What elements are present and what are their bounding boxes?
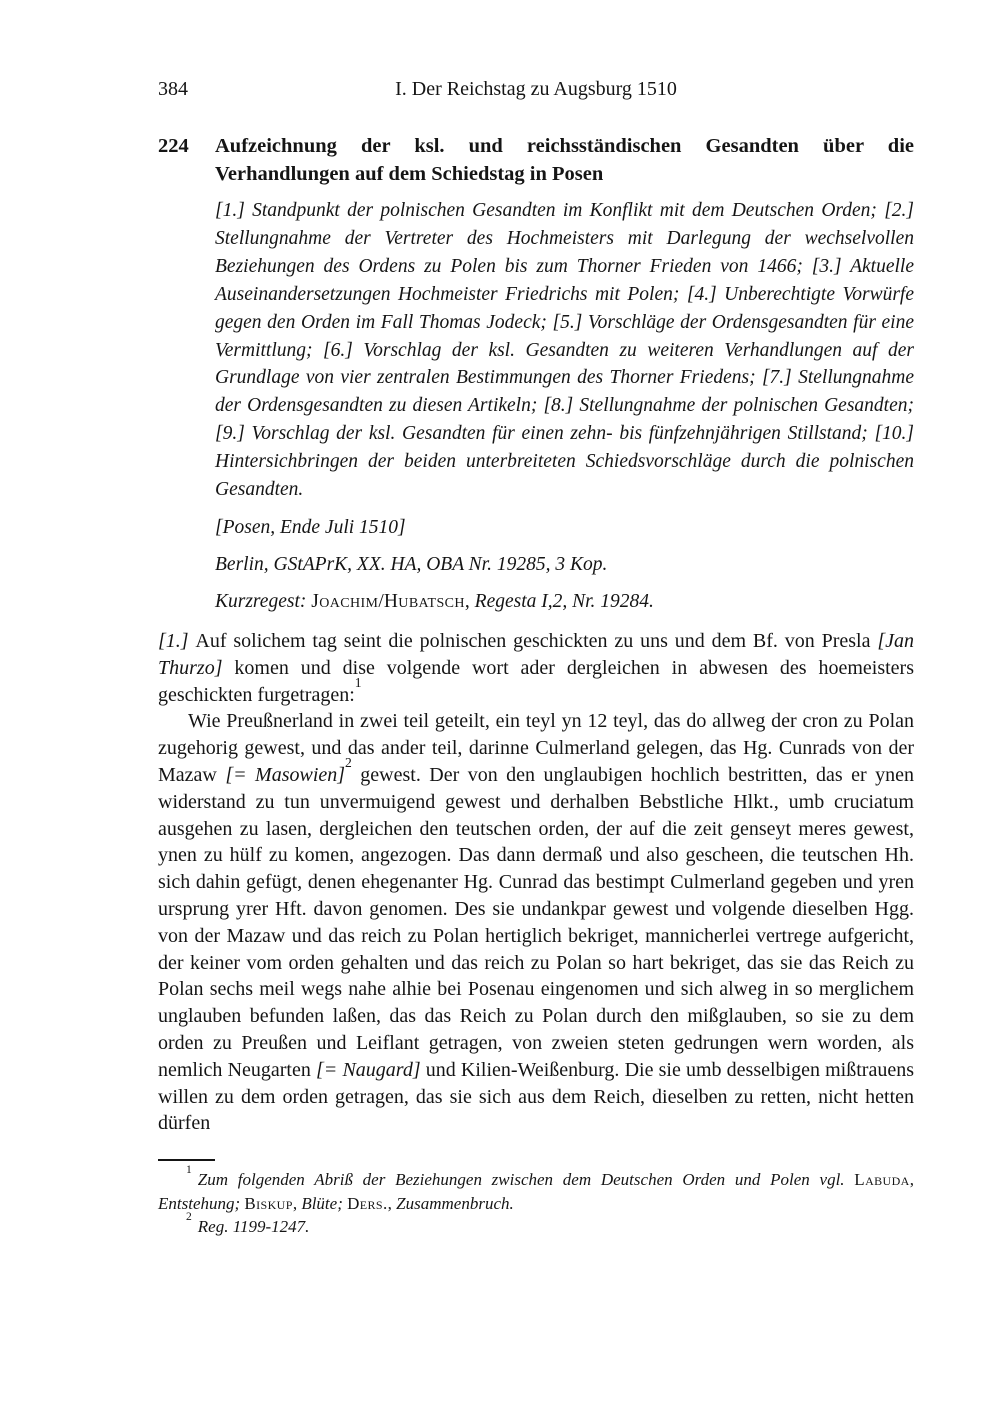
place-date-line: [Posen, Ende Juli 1510] bbox=[215, 515, 914, 541]
footnote-block: 1Zum folgenden Abriß der Beziehungen zwi… bbox=[158, 1159, 914, 1239]
footnote-2-text: Reg. 1199-1247. bbox=[198, 1217, 310, 1236]
page-number: 384 bbox=[158, 78, 188, 101]
running-header: 384 I. Der Reichstag zu Augsburg 1510 bbox=[158, 78, 914, 108]
text-segment: komen und dise volgende wort ader dergle… bbox=[158, 657, 914, 706]
footnote-1: 1Zum folgenden Abriß der Beziehungen zwi… bbox=[158, 1168, 914, 1215]
text-segment: Regesta I,2, Nr. 19284. bbox=[475, 591, 654, 612]
text-segment: Entstehung; bbox=[158, 1194, 240, 1213]
text-segment: Blüte; bbox=[301, 1194, 343, 1213]
footnote-separator bbox=[158, 1159, 215, 1161]
footnote-reference-mark: 1 bbox=[355, 675, 362, 690]
footnote-2: 2Reg. 1199-1247. bbox=[158, 1215, 914, 1239]
text-segment: Zusammenbruch. bbox=[396, 1194, 514, 1213]
footnote-1-text: Zum folgenden Abriß der Beziehungen zwis… bbox=[158, 1170, 914, 1213]
text-segment: Kurzregest: bbox=[215, 591, 311, 612]
text-segment: [= Masowien] bbox=[225, 764, 345, 786]
record-summary: [1.] Standpunkt der polnischen Gesandten… bbox=[215, 197, 914, 504]
text-segment: Zum folgenden Abriß der Beziehungen zwis… bbox=[198, 1170, 855, 1189]
text-segment: [= Naugard] bbox=[316, 1059, 421, 1081]
record-heading: 224 Aufzeichnung der ksl. und reichsstän… bbox=[158, 132, 914, 188]
body-paragraph-2: Wie Preußnerland in zwei teil geteilt, e… bbox=[158, 708, 914, 1137]
body-text: [1.] Auf solichem tag seint die polnisch… bbox=[158, 628, 914, 1137]
archive-reference-line: Berlin, GStAPrK, XX. HA, OBA Nr. 19285, … bbox=[215, 552, 914, 578]
text-segment: Reg. 1199-1247. bbox=[198, 1217, 310, 1236]
text-segment: gewest. Der von den unglaubigen hochlich… bbox=[158, 764, 914, 1081]
text-segment: , bbox=[465, 591, 475, 612]
running-head-title: I. Der Reichstag zu Augsburg 1510 bbox=[158, 78, 914, 101]
book-page: { "page": { "folio": "384", "running_hea… bbox=[0, 0, 1004, 1418]
text-segment: Labuda bbox=[854, 1170, 909, 1189]
footnote-marker-1: 1 bbox=[186, 1163, 192, 1176]
record-number: 224 bbox=[158, 132, 215, 188]
text-segment: Joachim bbox=[311, 591, 378, 612]
text-segment: Auf solichem tag seint die polnischen ge… bbox=[195, 630, 877, 652]
footnote-marker-2: 2 bbox=[186, 1210, 192, 1223]
text-segment: , bbox=[388, 1194, 397, 1213]
footnote-reference-mark: 2 bbox=[345, 755, 352, 770]
body-paragraph-1: [1.] Auf solichem tag seint die polnisch… bbox=[158, 628, 914, 708]
page-content: 384 I. Der Reichstag zu Augsburg 1510 22… bbox=[158, 78, 914, 1239]
text-segment: Biskup bbox=[244, 1194, 292, 1213]
text-segment: Hubatsch bbox=[384, 591, 465, 612]
text-segment: , bbox=[910, 1170, 914, 1189]
text-segment: Ders. bbox=[347, 1194, 388, 1213]
kurzregest-line: Kurzregest: Joachim/Hubatsch, Regesta I,… bbox=[215, 589, 914, 615]
text-segment: [1.] bbox=[158, 630, 195, 652]
record-title: Aufzeichnung der ksl. und reichsständisc… bbox=[215, 132, 914, 188]
